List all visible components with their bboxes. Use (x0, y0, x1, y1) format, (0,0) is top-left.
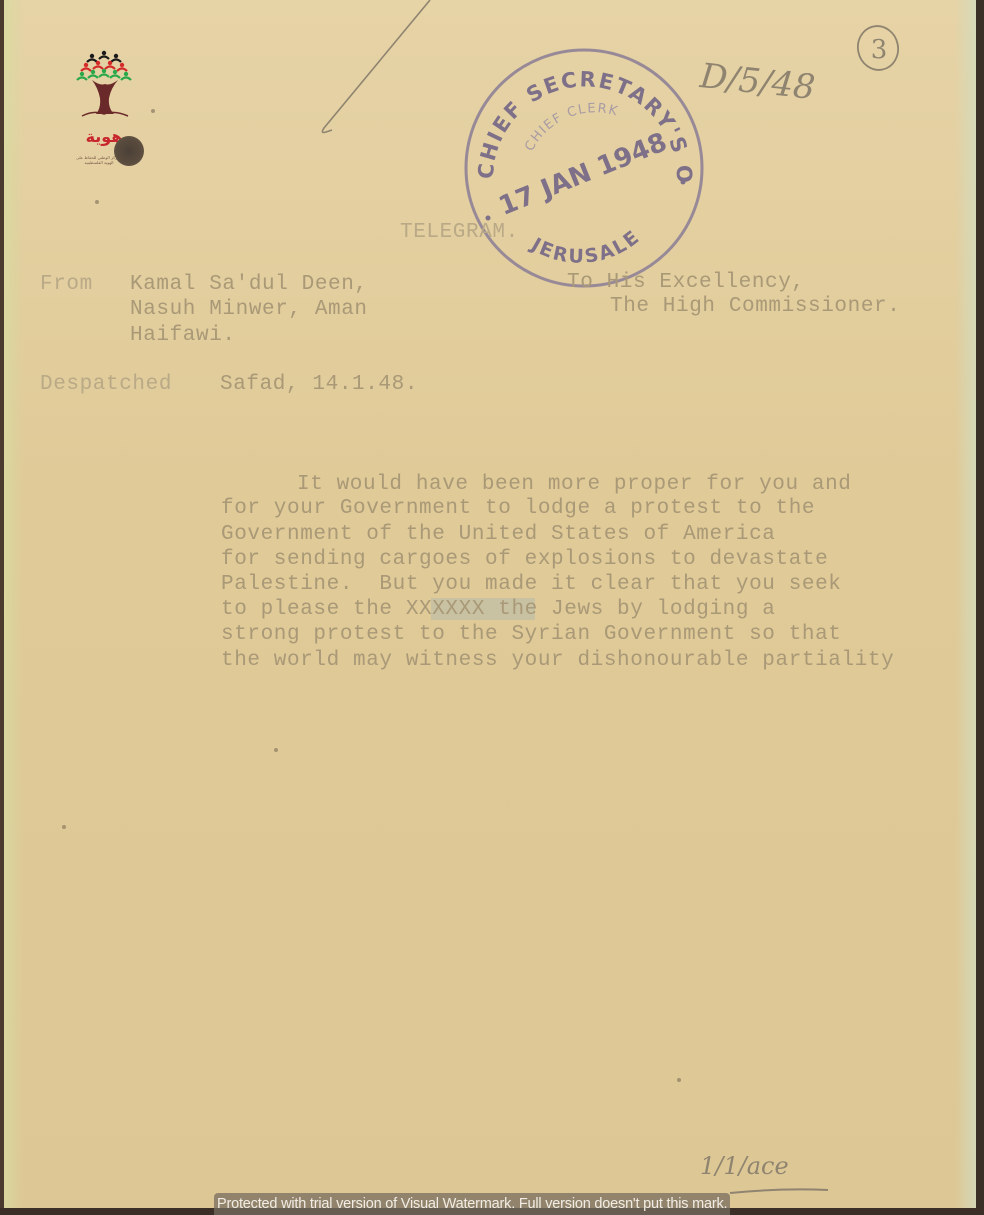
svg-text:3: 3 (871, 35, 888, 65)
folio-number-circle: 3 (854, 18, 904, 74)
from-line: Nasuh Minwer, Aman (130, 297, 368, 323)
chief-secretary-office-stamp: CHIEF SECRETARY'S OFFICE CHIEF CLERK 17 … (458, 42, 710, 294)
svg-text:1/1/ace: 1/1/ace (700, 1152, 789, 1180)
paper-speck (677, 1078, 681, 1082)
from-line: Haifawi. (130, 323, 236, 349)
paper-speck (62, 825, 66, 829)
punch-hole (114, 136, 144, 166)
body-line: strong protest to the Syrian Government … (221, 622, 842, 648)
paper-edge-tint-right (955, 0, 976, 1208)
paper-edge-tint-left (4, 0, 24, 1208)
pencil-check-mark (310, 0, 440, 140)
document-type-heading: TELEGRAM. (400, 220, 519, 246)
body-line: the world may witness your dishonourable… (221, 648, 894, 674)
trial-watermark-banner: Protected with trial version of Visual W… (214, 1193, 730, 1215)
body-line: to please the XXXXXX the Jews by lodging… (221, 597, 776, 623)
despatched-label: Despatched (40, 372, 172, 398)
paper-speck (95, 200, 99, 204)
despatched-value: Safad, 14.1.48. (220, 372, 418, 398)
to-line: To His Excellency, (567, 270, 805, 296)
body-line: Palestine. But you made it clear that yo… (221, 572, 842, 598)
from-line: Kamal Sa'dul Deen, (130, 272, 368, 298)
scan-border-left (0, 0, 4, 1215)
scan-border-right (976, 0, 984, 1215)
scanned-document-page: هوية المركز الوطني للحفاظ على الهوية الف… (0, 0, 976, 1208)
body-line: Government of the United States of Ameri… (221, 522, 776, 548)
from-label: From (40, 272, 93, 298)
body-line: It would have been more proper for you a… (297, 472, 852, 498)
file-reference-note: D/5/48 (698, 56, 817, 108)
svg-text:CHIEF CLERK: CHIEF CLERK (522, 101, 620, 154)
svg-text:17 JAN 1948: 17 JAN 1948 (495, 127, 671, 222)
body-line: for sending cargoes of explosions to dev… (221, 547, 828, 573)
to-line: The High Commissioner. (610, 294, 900, 320)
paper-speck (151, 109, 155, 113)
body-line: for your Government to lodge a protest t… (221, 496, 815, 522)
paper-speck (274, 748, 278, 752)
